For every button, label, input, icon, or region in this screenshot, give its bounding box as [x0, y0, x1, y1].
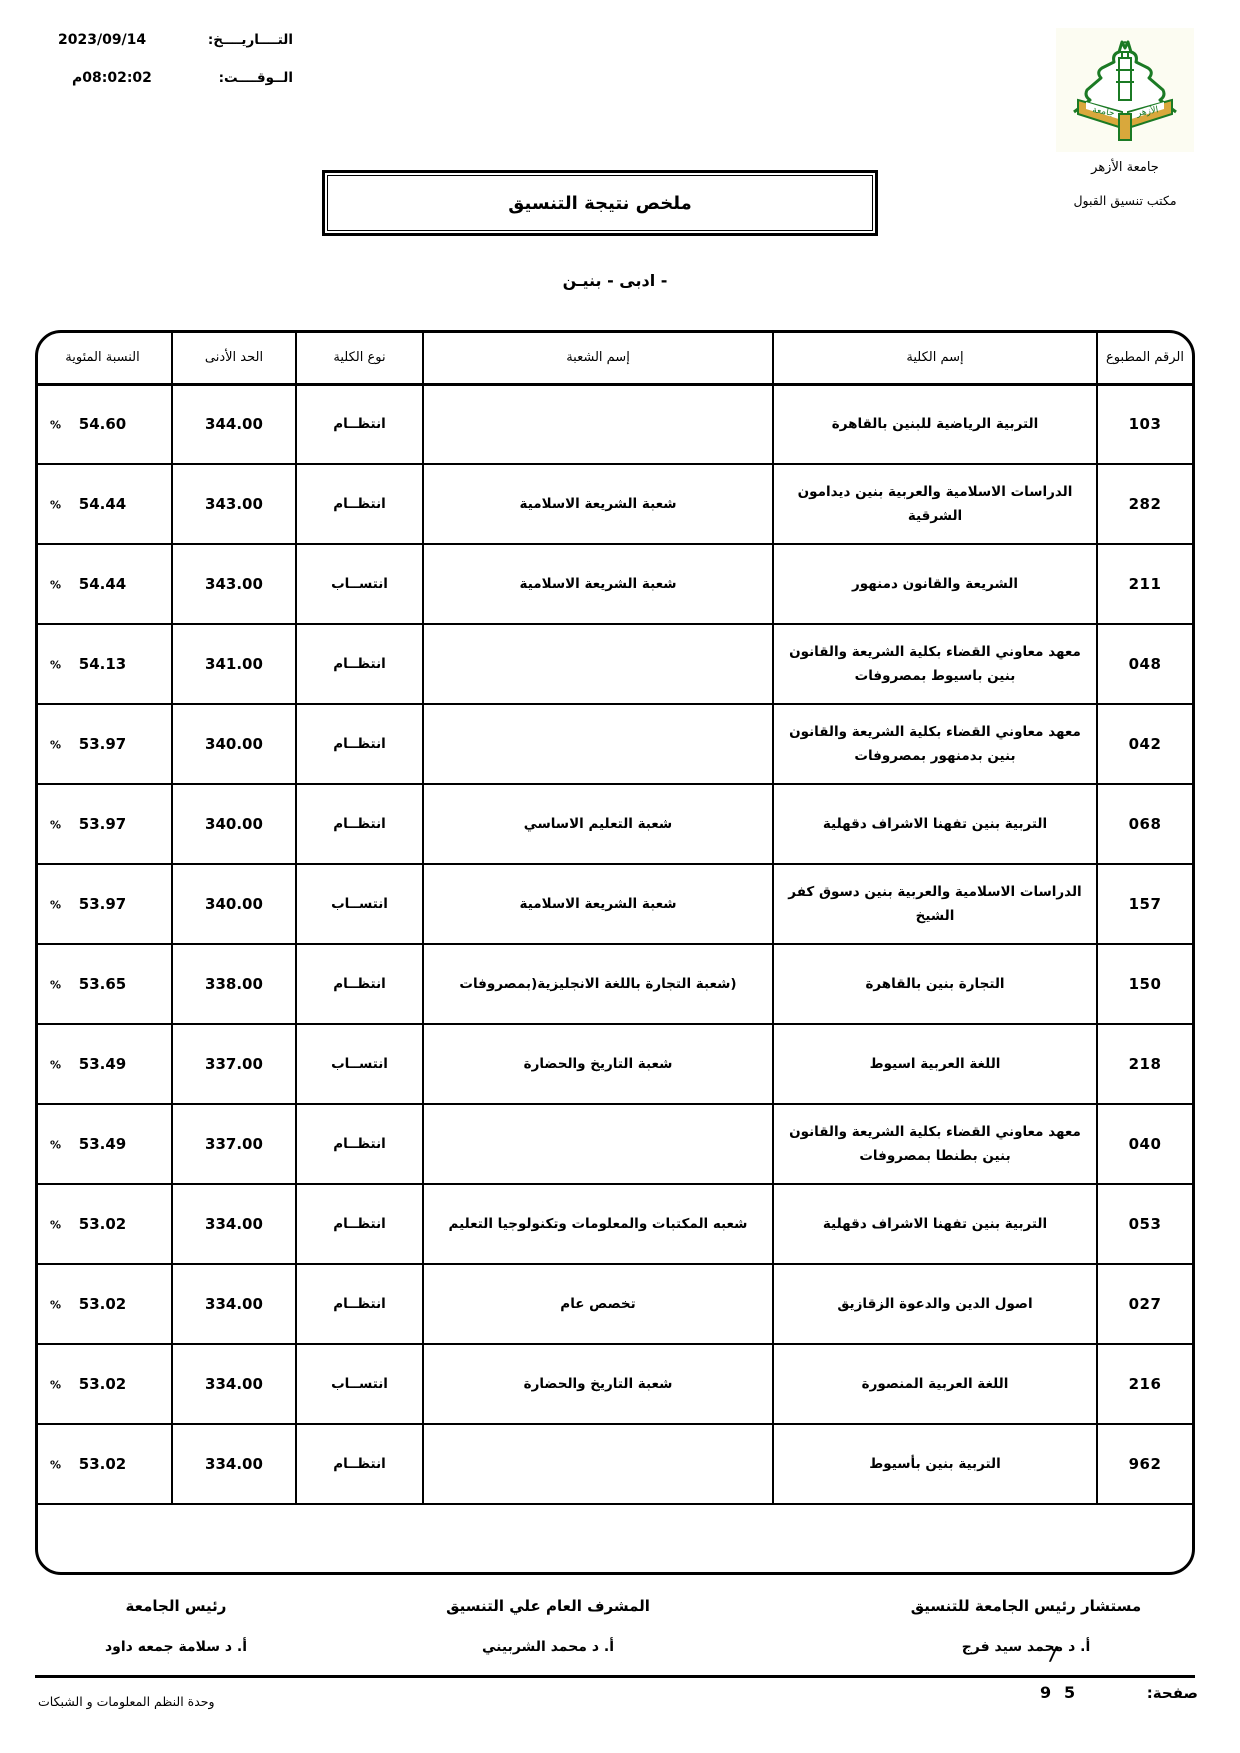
cell-min-score: 340.00 [172, 864, 296, 944]
cell-printed-number: 042 [1097, 704, 1193, 784]
cell-college-name: معهد معاوني القضاء بكلية الشريعة والقانو… [773, 624, 1097, 704]
cell-printed-number: 157 [1097, 864, 1193, 944]
cell-branch-name: شعبة الشريعة الاسلامية [423, 464, 773, 544]
cell-printed-number: 211 [1097, 544, 1193, 624]
cell-min-score: 341.00 [172, 624, 296, 704]
signature-name: أ. د محمد الشربيني [392, 1639, 704, 1655]
table-header-row: الرقم المطبوع إسم الكلية إسم الشعبة نوع … [35, 332, 1193, 384]
cell-college-type: انتظــام [296, 1264, 423, 1344]
cell-college-name: اللغة العربية المنصورة [773, 1344, 1097, 1424]
header-college-type: نوع الكلية [296, 332, 423, 384]
table-row: 042معهد معاوني القضاء بكلية الشريعة والق… [35, 704, 1193, 784]
cell-branch-name: تخصص عام [423, 1264, 773, 1344]
admission-office-name: مكتب تنسيق القبول [1055, 193, 1195, 208]
cell-college-name: التجارة بنين بالقاهرة [773, 944, 1097, 1024]
cell-college-name: معهد معاوني القضاء بكلية الشريعة والقانو… [773, 1104, 1097, 1184]
percent-sign: % [50, 1376, 61, 1396]
cell-printed-number: 282 [1097, 464, 1193, 544]
percentage-value: 53.02 [79, 1291, 126, 1318]
signature-title: رئيس الجامعة [38, 1597, 314, 1615]
cell-percentage: %53.97 [35, 704, 172, 784]
percent-sign: % [50, 736, 61, 756]
signature-title: مستشار رئيس الجامعة للتنسيق [858, 1597, 1194, 1615]
cell-min-score: 340.00 [172, 784, 296, 864]
cell-min-score: 334.00 [172, 1344, 296, 1424]
report-title-box: ملخص نتيجة التنسيق [322, 170, 878, 236]
percent-sign: % [50, 1296, 61, 1316]
cell-percentage: %54.44 [35, 464, 172, 544]
cell-min-score: 338.00 [172, 944, 296, 1024]
percentage-value: 54.60 [79, 411, 126, 438]
percent-sign: % [50, 1056, 61, 1076]
percentage-value: 54.44 [79, 491, 126, 518]
university-logo-block: جامعة الأزهر جامعة الأزهر مكتب تنسيق الق… [1055, 28, 1195, 208]
percent-sign: % [50, 656, 61, 676]
report-subtitle: - ادبى - بنيـن [35, 271, 1195, 290]
cell-min-score: 334.00 [172, 1264, 296, 1344]
university-logo: جامعة الأزهر [1056, 28, 1194, 152]
table-row: 068التربية بنين تفهنا الاشراف دقهليةشعبة… [35, 784, 1193, 864]
signature-title: المشرف العام علي التنسيق [392, 1597, 704, 1615]
cell-percentage: %53.65 [35, 944, 172, 1024]
percent-sign: % [50, 816, 61, 836]
table-row: 027اصول الدين والدعوة الزقازيقتخصص عامان… [35, 1264, 1193, 1344]
cell-printed-number: 027 [1097, 1264, 1193, 1344]
cell-college-name: التربية بنين تفهنا الاشراف دقهلية [773, 784, 1097, 864]
percent-sign: % [50, 1216, 61, 1236]
cell-college-name: التربية بنين تفهنا الاشراف دقهلية [773, 1184, 1097, 1264]
page-total-number: 9 [1040, 1683, 1051, 1702]
cell-printed-number: 068 [1097, 784, 1193, 864]
cell-college-type: انتظــام [296, 784, 423, 864]
cell-branch-name [423, 704, 773, 784]
cell-min-score: 343.00 [172, 544, 296, 624]
percentage-value: 54.44 [79, 571, 126, 598]
percentage-value: 53.02 [79, 1211, 126, 1238]
cell-min-score: 344.00 [172, 384, 296, 464]
cell-percentage: %54.60 [35, 384, 172, 464]
cell-printed-number: 048 [1097, 624, 1193, 704]
cell-percentage: %53.02 [35, 1264, 172, 1344]
cell-college-name: اصول الدين والدعوة الزقازيق [773, 1264, 1097, 1344]
time-label: الــوقــــت: [219, 70, 293, 86]
signature-university-president: رئيس الجامعة أ. د سلامة جمعه داود [38, 1597, 314, 1655]
cell-college-type: انتســاب [296, 1344, 423, 1424]
cell-branch-name: شعبة الشريعة الاسلامية [423, 544, 773, 624]
percentage-value: 53.97 [79, 731, 126, 758]
cell-college-type: انتظــام [296, 1424, 423, 1504]
cell-percentage: %53.97 [35, 784, 172, 864]
table-row: 053التربية بنين تفهنا الاشراف دقهليةشعبه… [35, 1184, 1193, 1264]
table-body: 103التربية الرياضية للبنين بالقاهرةانتظـ… [35, 384, 1193, 1504]
page-slash: / [1048, 1643, 1058, 1665]
cell-college-name: التربية بنين بأسيوط [773, 1424, 1097, 1504]
cell-percentage: %53.02 [35, 1184, 172, 1264]
table-row: 282الدراسات الاسلامية والعربية بنين ديدا… [35, 464, 1193, 544]
cell-branch-name: شعبه المكتبات والمعلومات وتكنولوجيا التع… [423, 1184, 773, 1264]
cell-branch-name: شعبة التاريخ والحضارة [423, 1024, 773, 1104]
cell-percentage: %53.49 [35, 1104, 172, 1184]
cell-printed-number: 962 [1097, 1424, 1193, 1504]
cell-college-name: الدراسات الاسلامية والعربية بنين دسوق كف… [773, 864, 1097, 944]
header-percentage: النسبة المئوية [35, 332, 172, 384]
percentage-value: 53.02 [79, 1451, 126, 1478]
cell-min-score: 343.00 [172, 464, 296, 544]
percentage-value: 54.13 [79, 651, 126, 678]
table-row: 218اللغة العربية اسيوطشعبة التاريخ والحض… [35, 1024, 1193, 1104]
results-table-container: الرقم المطبوع إسم الكلية إسم الشعبة نوع … [35, 330, 1195, 1575]
cell-college-name: التربية الرياضية للبنين بالقاهرة [773, 384, 1097, 464]
cell-college-type: انتظــام [296, 1104, 423, 1184]
cell-printed-number: 150 [1097, 944, 1193, 1024]
percentage-value: 53.49 [79, 1051, 126, 1078]
cell-college-type: انتظــام [296, 1184, 423, 1264]
cell-printed-number: 218 [1097, 1024, 1193, 1104]
header-branch-name: إسم الشعبة [423, 332, 773, 384]
cell-college-type: انتســاب [296, 544, 423, 624]
signature-name: أ. د سلامة جمعه داود [38, 1639, 314, 1655]
percentage-value: 53.97 [79, 811, 126, 838]
percent-sign: % [50, 1456, 61, 1476]
results-table: الرقم المطبوع إسم الكلية إسم الشعبة نوع … [35, 331, 1194, 1505]
page-label: صفحة: [1147, 1684, 1198, 1702]
cell-printed-number: 053 [1097, 1184, 1193, 1264]
percent-sign: % [50, 416, 61, 436]
date-value: 2023/09/14 [58, 32, 146, 48]
cell-percentage: %54.44 [35, 544, 172, 624]
cell-min-score: 334.00 [172, 1184, 296, 1264]
cell-college-type: انتظــام [296, 624, 423, 704]
percentage-value: 53.97 [79, 891, 126, 918]
cell-percentage: %53.97 [35, 864, 172, 944]
page-current-number: 5 [1064, 1683, 1075, 1702]
footer-divider [35, 1675, 1195, 1678]
percent-sign: % [50, 496, 61, 516]
cell-college-name: الدراسات الاسلامية والعربية بنين ديدامون… [773, 464, 1097, 544]
cell-min-score: 337.00 [172, 1104, 296, 1184]
percent-sign: % [50, 576, 61, 596]
cell-branch-name [423, 1424, 773, 1504]
header-printed-number: الرقم المطبوع [1097, 332, 1193, 384]
cell-printed-number: 040 [1097, 1104, 1193, 1184]
cell-min-score: 337.00 [172, 1024, 296, 1104]
header-college-name: إسم الكلية [773, 332, 1097, 384]
cell-percentage: %53.49 [35, 1024, 172, 1104]
cell-printed-number: 216 [1097, 1344, 1193, 1424]
cell-college-type: انتســاب [296, 864, 423, 944]
percentage-value: 53.49 [79, 1131, 126, 1158]
percent-sign: % [50, 896, 61, 916]
cell-college-name: الشريعة والقانون دمنهور [773, 544, 1097, 624]
report-title: ملخص نتيجة التنسيق [508, 193, 691, 214]
date-label: التــــاريــــخ: [208, 32, 293, 48]
table-row: 216اللغة العربية المنصورةشعبة التاريخ وا… [35, 1344, 1193, 1424]
table-row: 040معهد معاوني القضاء بكلية الشريعة والق… [35, 1104, 1193, 1184]
cell-branch-name: شعبة التعليم الاساسي [423, 784, 773, 864]
signature-general-supervisor: المشرف العام علي التنسيق أ. د محمد الشرب… [392, 1597, 704, 1655]
header-min-score: الحد الأدنى [172, 332, 296, 384]
percentage-value: 53.65 [79, 971, 126, 998]
percent-sign: % [50, 1136, 61, 1156]
cell-college-name: معهد معاوني القضاء بكلية الشريعة والقانو… [773, 704, 1097, 784]
cell-college-type: انتظــام [296, 464, 423, 544]
cell-min-score: 334.00 [172, 1424, 296, 1504]
cell-branch-name [423, 624, 773, 704]
signature-name: أ. د محمد سيد فرج [858, 1639, 1194, 1655]
cell-percentage: %53.02 [35, 1424, 172, 1504]
table-row: 157الدراسات الاسلامية والعربية بنين دسوق… [35, 864, 1193, 944]
table-row: 962التربية بنين بأسيوطانتظــام334.00%53.… [35, 1424, 1193, 1504]
cell-college-name: اللغة العربية اسيوط [773, 1024, 1097, 1104]
cell-college-type: انتظــام [296, 704, 423, 784]
table-row: 103التربية الرياضية للبنين بالقاهرةانتظـ… [35, 384, 1193, 464]
cell-college-type: انتســاب [296, 1024, 423, 1104]
cell-percentage: %54.13 [35, 624, 172, 704]
cell-branch-name: شعبة الشريعة الاسلامية [423, 864, 773, 944]
cell-branch-name [423, 1104, 773, 1184]
cell-branch-name [423, 384, 773, 464]
percentage-value: 53.02 [79, 1371, 126, 1398]
cell-branch-name: شعبة التاريخ والحضارة [423, 1344, 773, 1424]
table-row: 150التجارة بنين بالقاهرة(شعبة التجارة با… [35, 944, 1193, 1024]
time-value: 08:02:02م [72, 70, 152, 86]
cell-branch-name: (شعبة التجارة باللغة الانجليزية(بمصروفات [423, 944, 773, 1024]
university-name: جامعة الأزهر [1055, 160, 1195, 175]
cell-college-type: انتظــام [296, 384, 423, 464]
table-row: 048معهد معاوني القضاء بكلية الشريعة والق… [35, 624, 1193, 704]
cell-college-type: انتظــام [296, 944, 423, 1024]
percent-sign: % [50, 976, 61, 996]
table-row: 211الشريعة والقانون دمنهورشعبة الشريعة ا… [35, 544, 1193, 624]
cell-min-score: 340.00 [172, 704, 296, 784]
cell-percentage: %53.02 [35, 1344, 172, 1424]
signature-coordination-advisor: مستشار رئيس الجامعة للتنسيق أ. د محمد سي… [858, 1597, 1194, 1655]
systems-unit-label: وحدة النظم المعلومات و الشبكات [38, 1694, 215, 1709]
cell-printed-number: 103 [1097, 384, 1193, 464]
